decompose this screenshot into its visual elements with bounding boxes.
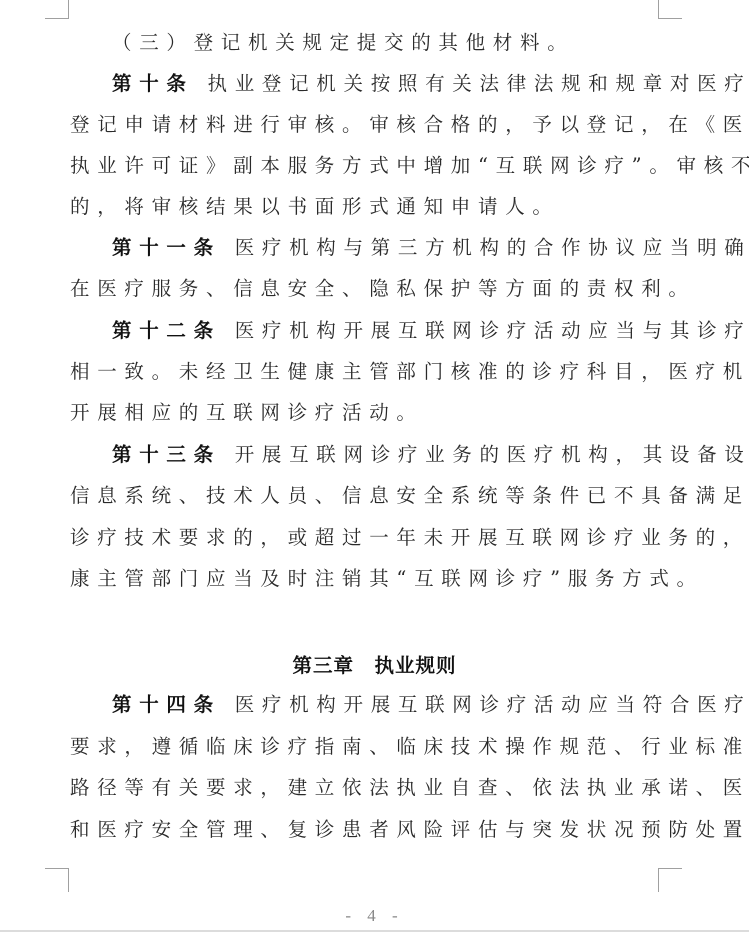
paragraph-line: 开展相应的互联网诊疗活动。 [70,392,670,433]
line-text: 医疗机构开展互联网诊疗活动应当与其诊疗科目 [221,319,749,342]
paragraph-line: 第十三条 开展互联网诊疗业务的医疗机构，其设备设施、 [112,434,712,475]
line-text: 执业登记机关按照有关法律法规和规章对医疗机构 [194,72,749,95]
paragraph-line: 诊疗技术要求的，或超过一年未开展互联网诊疗业务的，卫生健 [70,517,670,558]
line-text: 和医疗安全管理、复诊患者风险评估与突发状况预防处置、互联 [70,818,749,841]
paragraph-line: 第十四条 医疗机构开展互联网诊疗活动应当符合医疗管理 [112,684,712,725]
paragraph-line: 要求，遵循临床诊疗指南、临床技术操作规范、行业标准和临床 [70,726,670,767]
chapter-heading: 第三章 执业规则 [0,650,749,678]
paragraph-line: 相一致。未经卫生健康主管部门核准的诊疗科目，医疗机构不得 [70,351,670,392]
article-label: 第十一条 [112,236,221,259]
line-text: 的，将审核结果以书面形式通知申请人。 [70,195,560,218]
line-text: （三）登记机关规定提交的其他材料。 [112,31,574,54]
paragraph-line: 的，将审核结果以书面形式通知申请人。 [70,186,670,227]
paragraph-line: 信息系统、技术人员、信息安全系统等条件已不具备满足互联网 [70,475,670,516]
line-text: 开展相应的互联网诊疗活动。 [70,401,424,424]
line-text: 在医疗服务、信息安全、隐私保护等方面的责权利。 [70,277,696,300]
paragraph-line: 在医疗服务、信息安全、隐私保护等方面的责权利。 [70,268,670,309]
line-text: 医疗机构开展互联网诊疗活动应当符合医疗管理 [221,693,749,716]
line-text: 登记申请材料进行审核。审核合格的，予以登记，在《医疗机构 [70,113,749,136]
line-text: 信息系统、技术人员、信息安全系统等条件已不具备满足互联网 [70,484,749,507]
paragraph-line: 第十一条 医疗机构与第三方机构的合作协议应当明确各方 [112,227,712,268]
paragraph-line: 登记申请材料进行审核。审核合格的，予以登记，在《医疗机构 [70,104,670,145]
page-number: - 4 - [0,906,749,926]
line-text: 相一致。未经卫生健康主管部门核准的诊疗科目，医疗机构不得 [70,360,749,383]
article-label: 第十二条 [112,319,221,342]
line-text: 执业许可证》副本服务方式中增加“互联网诊疗”。审核不合格 [70,154,749,177]
article-label: 第十条 [112,72,194,95]
paragraph-line: （三）登记机关规定提交的其他材料。 [112,22,712,63]
paragraph-line: 康主管部门应当及时注销其“互联网诊疗”服务方式。 [70,558,670,599]
line-text: 医疗机构与第三方机构的合作协议应当明确各方 [221,236,749,259]
line-text: 诊疗技术要求的，或超过一年未开展互联网诊疗业务的，卫生健 [70,526,749,549]
line-text: 开展互联网诊疗业务的医疗机构，其设备设施、 [221,443,749,466]
paragraph-line: 第十二条 医疗机构开展互联网诊疗活动应当与其诊疗科目 [112,310,712,351]
paragraph-line: 执业许可证》副本服务方式中增加“互联网诊疗”。审核不合格 [70,145,670,186]
line-text: 康主管部门应当及时注销其“互联网诊疗”服务方式。 [70,567,704,590]
paragraph-line: 路径等有关要求，建立依法执业自查、依法执业承诺、医疗质量 [70,767,670,808]
line-text: 要求，遵循临床诊疗指南、临床技术操作规范、行业标准和临床 [70,735,749,758]
article-label: 第十四条 [112,693,221,716]
line-text: 路径等有关要求，建立依法执业自查、依法执业承诺、医疗质量 [70,776,749,799]
paragraph-line: 和医疗安全管理、复诊患者风险评估与突发状况预防处置、互联 [70,809,670,850]
article-label: 第十三条 [112,443,221,466]
paragraph-line: 第十条 执业登记机关按照有关法律法规和规章对医疗机构 [112,63,712,104]
